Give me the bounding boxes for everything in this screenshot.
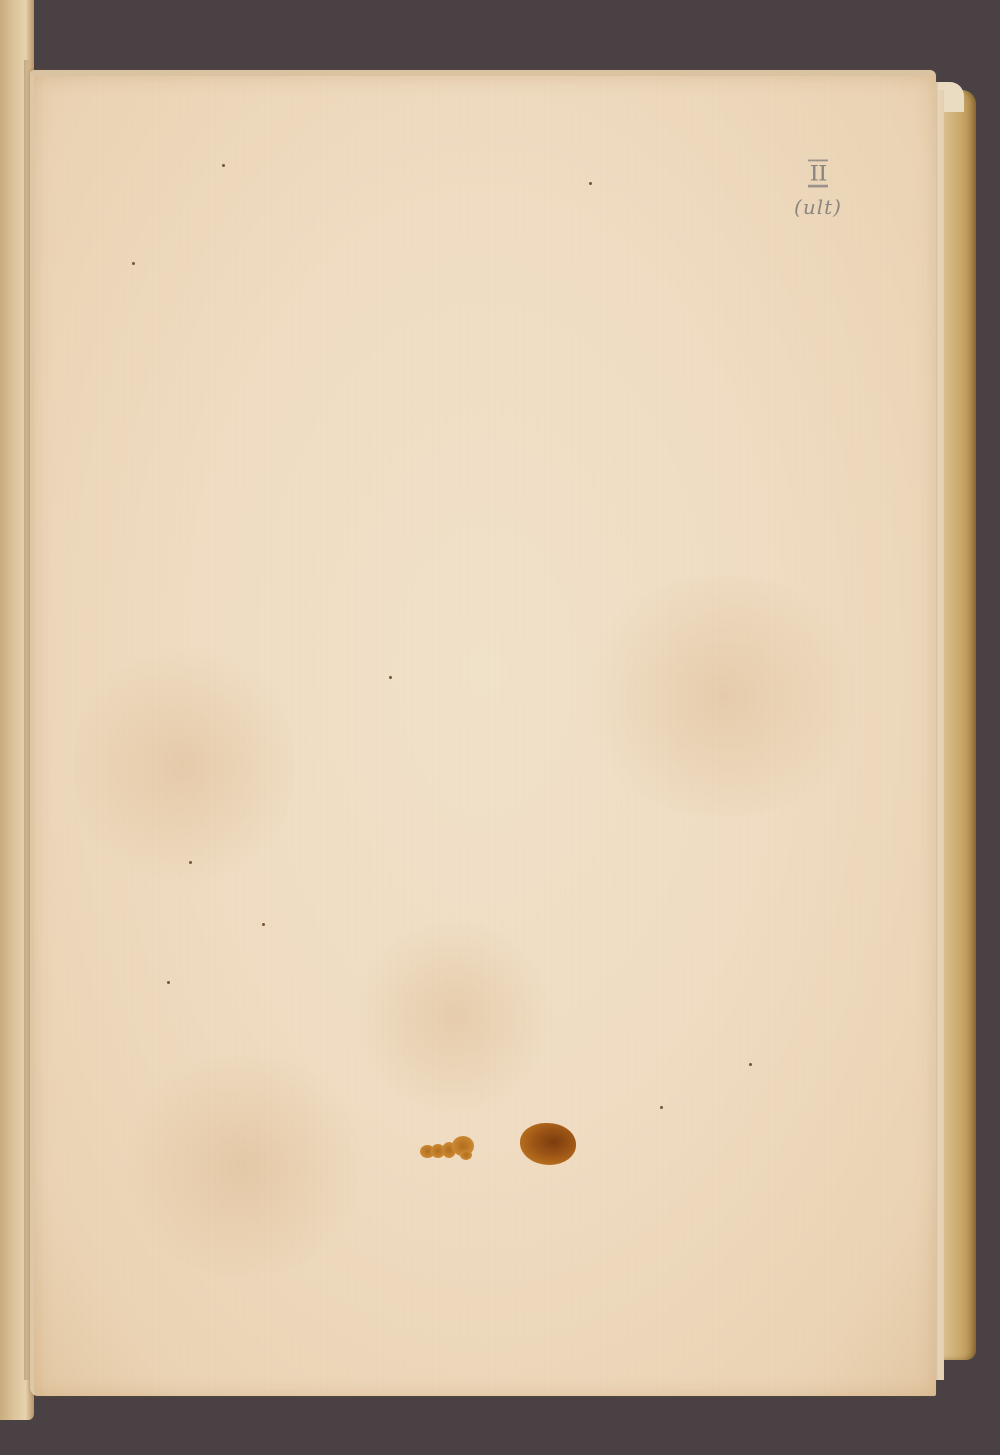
blank-endleaf — [30, 70, 936, 1396]
speck — [589, 182, 592, 185]
speck — [167, 981, 170, 984]
speck — [389, 676, 392, 679]
small-stain — [420, 1136, 478, 1162]
speck — [262, 923, 265, 926]
annotation-note: (ult) — [778, 195, 858, 219]
large-stain — [520, 1123, 576, 1165]
foxing-spot — [114, 1056, 374, 1276]
speck — [132, 262, 135, 265]
speck — [660, 1106, 663, 1109]
foxing-spot — [574, 576, 874, 816]
pencil-annotation: II (ult) — [778, 158, 858, 219]
foxing-spot — [354, 916, 554, 1116]
annotation-numeral: II — [808, 160, 828, 188]
foxing-spot — [74, 636, 294, 896]
facing-page-edge — [0, 0, 34, 1420]
speck — [749, 1063, 752, 1066]
speck — [222, 164, 225, 167]
speck — [189, 861, 192, 864]
